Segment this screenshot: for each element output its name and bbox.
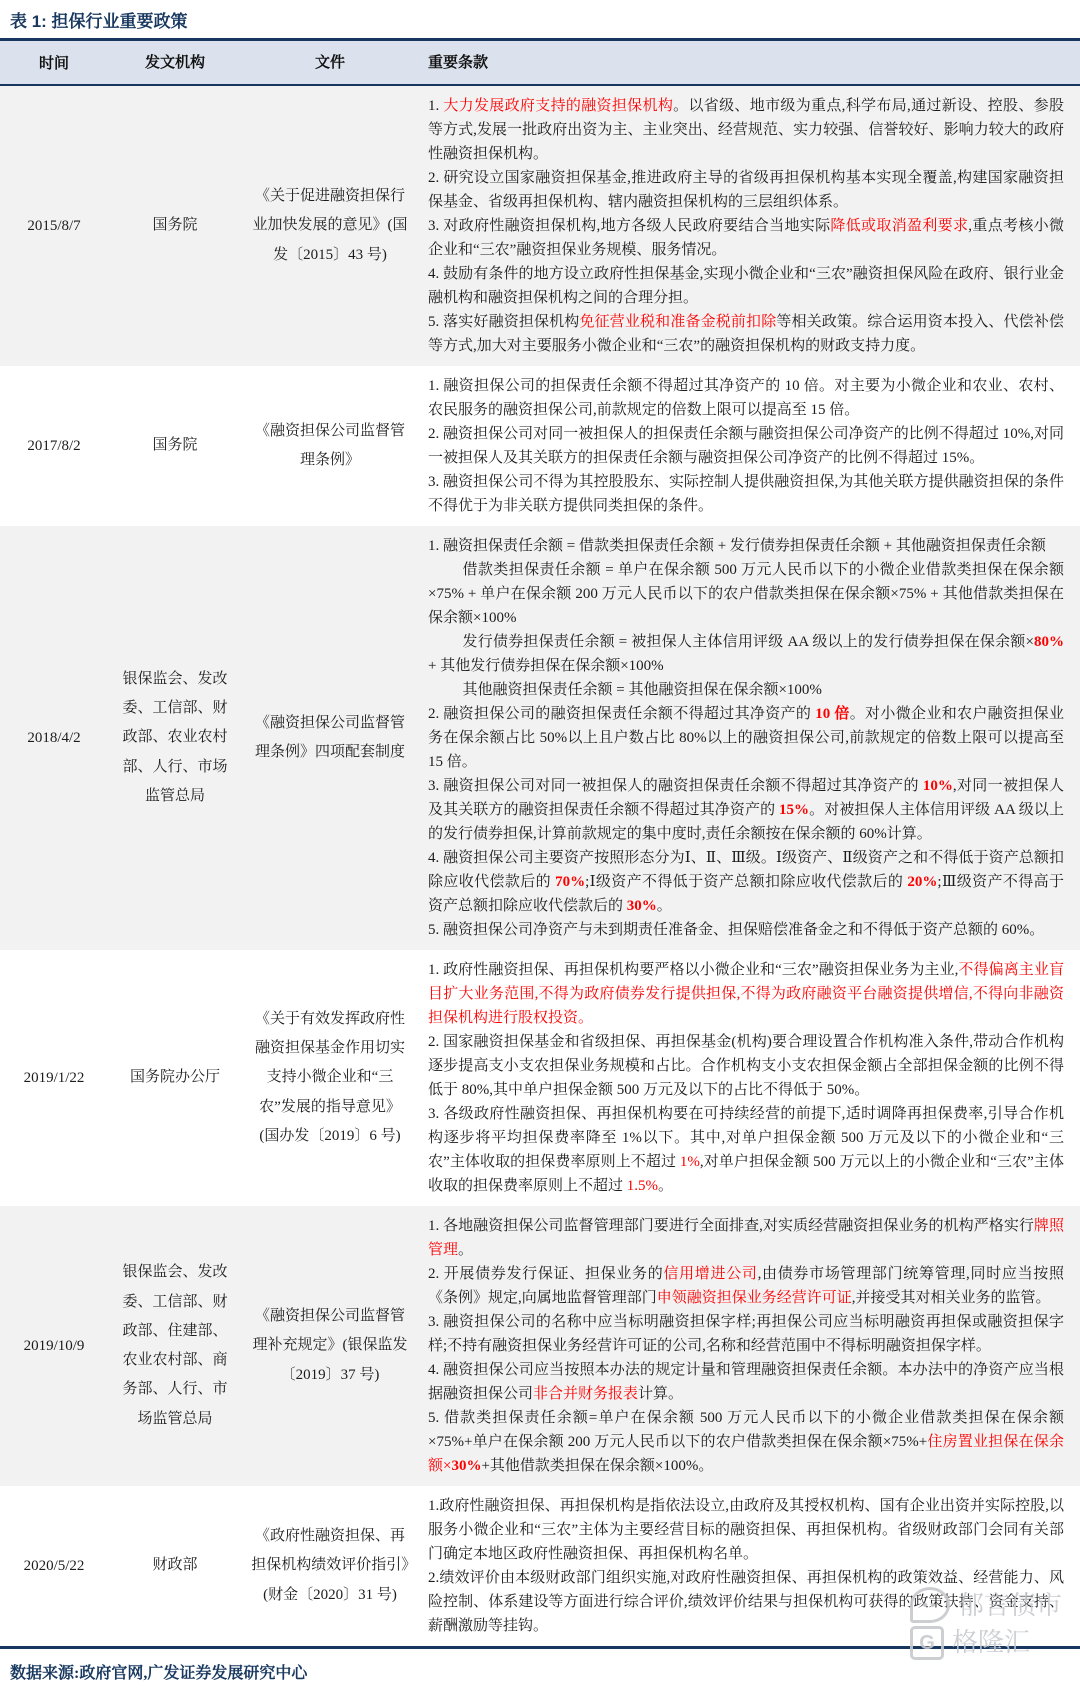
provision-highlight-text: 10%: [923, 778, 953, 794]
header-row: 时间 发文机构 文件 重要条款: [0, 40, 1080, 86]
provision-highlight-text: 信用增进公司: [663, 1266, 757, 1282]
provision-text: 1. 融资担保公司的担保责任余额不得超过其净资产的 10 倍。对主要为小微企业和…: [428, 378, 1064, 418]
provision-text: 5. 落实好融资担保机构: [428, 314, 579, 330]
cell-date: 2018/4/2: [0, 526, 108, 950]
provision-highlight-text: 20%: [907, 874, 937, 890]
provision-text: 3. 融资担保公司不得为其控股股东、实际控制人提供融资担保,为其他关联方提供融资…: [428, 474, 1064, 514]
provision-text: + 其他发行债券担保在保余额×100%: [428, 658, 664, 674]
provision-paragraph: 3. 融资担保公司的名称中应当标明融资担保字样;再担保公司应当标明融资再担保或融…: [428, 1310, 1064, 1358]
provision-paragraph: 1. 融资担保责任余额 = 借款类担保责任余额 + 发行债券担保责任余额 + 其…: [428, 534, 1064, 558]
provision-text: 3. 融资担保公司对同一被担保人的融资担保责任余额不得超过其净资产的: [428, 778, 923, 794]
provision-highlight-text: 10 倍: [815, 706, 849, 722]
column-header-time: 时间: [0, 40, 108, 86]
provision-text: 4. 鼓励有条件的地方设立政府性担保基金,实现小微企业和“三农”融资担保风险在政…: [428, 266, 1064, 306]
cell-document: 《关于促进融资担保行业加快发展的意见》(国发〔2015〕43 号): [242, 85, 418, 366]
cell-provisions: 1. 大力发展政府支持的融资担保机构。以省级、地市级为重点,科学布局,通过新设、…: [418, 85, 1080, 366]
cell-agency: 国务院: [108, 85, 242, 366]
provision-text: 5. 融资担保公司净资产与未到期责任准备金、担保赔偿准备金之和不得低于资产总额的…: [428, 922, 1044, 938]
provision-text: 4. 融资担保公司应当按照本办法的规定计量和管理融资担保责任余额。本办法中的净资…: [428, 1362, 1064, 1402]
provision-paragraph: 借款类担保责任余额 = 单户在保余额 500 万元人民币以下的小微企业借款类担保…: [428, 558, 1064, 630]
provision-paragraph: 2. 研究设立国家融资担保基金,推进政府主导的省级再担保机构基本实现全覆盖,构建…: [428, 166, 1064, 214]
cell-document: 《融资担保公司监督管理补充规定》(银保监发〔2019〕37 号): [242, 1206, 418, 1486]
provision-paragraph: 1.政府性融资担保、再担保机构是指依法设立,由政府及其授权机构、国有企业出资并实…: [428, 1494, 1064, 1566]
provision-paragraph: 4. 融资担保公司应当按照本办法的规定计量和管理融资担保责任余额。本办法中的净资…: [428, 1358, 1064, 1406]
provision-paragraph: 5. 融资担保公司净资产与未到期责任准备金、担保赔偿准备金之和不得低于资产总额的…: [428, 918, 1064, 942]
provision-highlight-text: 70%: [555, 874, 585, 890]
provision-text: 2. 融资担保公司的融资担保责任余额不得超过其净资产的: [428, 706, 815, 722]
provision-paragraph: 3. 对政府性融资担保机构,地方各级人民政府要结合当地实际降低或取消盈利要求,重…: [428, 214, 1064, 262]
provision-highlight-text: 申领融资担保业务经营许可证: [657, 1290, 852, 1306]
provision-paragraph: 4. 鼓励有条件的地方设立政府性担保基金,实现小微企业和“三农”融资担保风险在政…: [428, 262, 1064, 310]
provision-paragraph: 3. 各级政府性融资担保、再担保机构要在可持续经营的前提下,适时调降再担保费率,…: [428, 1102, 1064, 1198]
cell-provisions: 1. 融资担保公司的担保责任余额不得超过其净资产的 10 倍。对主要为小微企业和…: [418, 366, 1080, 526]
table-body: 2015/8/7国务院《关于促进融资担保行业加快发展的意见》(国发〔2015〕4…: [0, 85, 1080, 1648]
provision-paragraph: 发行债券担保责任余额 = 被担保人主体信用评级 AA 级以上的发行债券担保在保余…: [428, 630, 1064, 678]
cell-agency: 银保监会、发改委、工信部、财政部、农业农村部、人行、市场监管总局: [108, 526, 242, 950]
cell-date: 2020/5/22: [0, 1486, 108, 1648]
table-header: 时间 发文机构 文件 重要条款: [0, 40, 1080, 86]
column-header-agency: 发文机构: [108, 40, 242, 86]
provision-text: 其他融资担保责任余额 = 其他融资担保在保余额×100%: [463, 682, 822, 698]
provision-text: 发行债券担保责任余额 = 被担保人主体信用评级 AA 级以上的发行债券担保在保余…: [463, 634, 1035, 650]
cell-date: 2019/1/22: [0, 950, 108, 1206]
provision-text: 2. 开展债券发行保证、担保业务的: [428, 1266, 663, 1282]
policy-table: 时间 发文机构 文件 重要条款 2015/8/7国务院《关于促进融资担保行业加快…: [0, 38, 1080, 1649]
provision-paragraph: 4. 融资担保公司主要资产按照形态分为Ⅰ、Ⅱ、Ⅲ级。Ⅰ级资产、Ⅱ级资产之和不得低…: [428, 846, 1064, 918]
cell-document: 《融资担保公司监督管理条例》: [242, 366, 418, 526]
cell-provisions: 1. 各地融资担保公司监督管理部门要进行全面排查,对实质经营融资担保业务的机构严…: [418, 1206, 1080, 1486]
column-header-document: 文件: [242, 40, 418, 86]
provision-paragraph: 1. 大力发展政府支持的融资担保机构。以省级、地市级为重点,科学布局,通过新设、…: [428, 94, 1064, 166]
table-title: 表 1: 担保行业重要政策: [0, 0, 1080, 38]
cell-agency: 银保监会、发改委、工信部、财政部、住建部、农业农村部、商务部、人行、市场监管总局: [108, 1206, 242, 1486]
provision-highlight-text: 30%: [451, 1458, 481, 1474]
provision-highlight-text: 80%: [1034, 634, 1064, 650]
provision-text: 3. 融资担保公司的名称中应当标明融资担保字样;再担保公司应当标明融资再担保或融…: [428, 1314, 1064, 1354]
provision-text: ,并接受其对相关业务的监管。: [852, 1290, 1051, 1306]
provision-text: 1.: [428, 98, 443, 114]
cell-document: 《政府性融资担保、再担保机构绩效评价指引》(财金〔2020〕31 号): [242, 1486, 418, 1648]
chat-bubble-icon: ••: [910, 1587, 950, 1623]
provision-text: 1. 各地融资担保公司监督管理部门要进行全面排查,对实质经营融资担保业务的机构严…: [428, 1218, 1034, 1234]
watermark-text-1: 郁言债市: [958, 1587, 1062, 1625]
provision-text: 。: [458, 1242, 473, 1258]
provision-text: ;Ⅰ级资产不得低于资产总额扣除应收代偿款后的: [585, 874, 907, 890]
watermark-line-2: G 格隆汇: [910, 1624, 1062, 1662]
column-header-provisions: 重要条款: [418, 40, 1080, 86]
cell-provisions: 1. 融资担保责任余额 = 借款类担保责任余额 + 发行债券担保责任余额 + 其…: [418, 526, 1080, 950]
provision-highlight-text: 15%: [779, 802, 809, 818]
policy-row: 2019/1/22国务院办公厅《关于有效发挥政府性融资担保基金作用切实支持小微企…: [0, 950, 1080, 1206]
policy-row: 2017/8/2国务院《融资担保公司监督管理条例》1. 融资担保公司的担保责任余…: [0, 366, 1080, 526]
provision-text: 1. 融资担保责任余额 = 借款类担保责任余额 + 发行债券担保责任余额 + 其…: [428, 538, 1046, 554]
provision-highlight-text: 30%: [627, 898, 657, 914]
provision-highlight-text: 1.5%: [627, 1178, 658, 1194]
provision-paragraph: 5. 落实好融资担保机构免征营业税和准备金税前扣除等相关政策。综合运用资本投入、…: [428, 310, 1064, 358]
provision-paragraph: 3. 融资担保公司对同一被担保人的融资担保责任余额不得超过其净资产的 10%,对…: [428, 774, 1064, 846]
policy-row: 2018/4/2银保监会、发改委、工信部、财政部、农业农村部、人行、市场监管总局…: [0, 526, 1080, 950]
provision-paragraph: 1. 融资担保公司的担保责任余额不得超过其净资产的 10 倍。对主要为小微企业和…: [428, 374, 1064, 422]
cell-document: 《融资担保公司监督管理条例》四项配套制度: [242, 526, 418, 950]
cell-agency: 国务院办公厅: [108, 950, 242, 1206]
provision-text: +其他借款类担保在保余额×100%。: [481, 1458, 713, 1474]
watermark: •• 郁言债市 G 格隆汇: [910, 1587, 1062, 1662]
cell-date: 2017/8/2: [0, 366, 108, 526]
provision-paragraph: 3. 融资担保公司不得为其控股股东、实际控制人提供融资担保,为其他关联方提供融资…: [428, 470, 1064, 518]
provision-highlight-text: 非合并财务报表: [533, 1386, 638, 1402]
provision-paragraph: 5. 借款类担保责任余额=单户在保余额 500 万元人民币以下的小微企业借款类担…: [428, 1406, 1064, 1478]
provision-paragraph: 其他融资担保责任余额 = 其他融资担保在保余额×100%: [428, 678, 1064, 702]
cell-provisions: 1. 政府性融资担保、再担保机构要严格以小微企业和“三农”融资担保业务为主业,不…: [418, 950, 1080, 1206]
provision-paragraph: 1. 各地融资担保公司监督管理部门要进行全面排查,对实质经营融资担保业务的机构严…: [428, 1214, 1064, 1262]
policy-row: 2015/8/7国务院《关于促进融资担保行业加快发展的意见》(国发〔2015〕4…: [0, 85, 1080, 366]
provision-text: 。: [658, 1178, 673, 1194]
gelonghui-logo-icon: G: [910, 1626, 944, 1660]
provision-highlight-text: 免征营业税和准备金税前扣除: [579, 314, 776, 330]
provision-paragraph: 2. 国家融资担保基金和省级担保、再担保基金(机构)要合理设置合作机构准入条件,…: [428, 1030, 1064, 1102]
provision-highlight-text: 降低或取消盈利要求: [830, 218, 968, 234]
policy-row: 2019/10/9银保监会、发改委、工信部、财政部、住建部、农业农村部、商务部、…: [0, 1206, 1080, 1486]
provision-paragraph: 2. 融资担保公司对同一被担保人的担保责任余额与融资担保公司净资产的比例不得超过…: [428, 422, 1064, 470]
watermark-line-1: •• 郁言债市: [910, 1587, 1062, 1625]
provision-text: 。: [657, 898, 672, 914]
provision-text: 借款类担保责任余额 = 单户在保余额 500 万元人民币以下的小微企业借款类担保…: [428, 562, 1064, 626]
cell-agency: 财政部: [108, 1486, 242, 1648]
cell-document: 《关于有效发挥政府性融资担保基金作用切实支持小微企业和“三农”发展的指导意见》(…: [242, 950, 418, 1206]
provision-highlight-text: 大力发展政府支持的融资担保机构: [443, 98, 673, 114]
provision-text: 1. 政府性融资担保、再担保机构要严格以小微企业和“三农”融资担保业务为主业,: [428, 962, 958, 978]
provision-paragraph: 2. 开展债券发行保证、担保业务的信用增进公司,由债券市场管理部门统筹管理,同时…: [428, 1262, 1064, 1310]
provision-text: 2. 国家融资担保基金和省级担保、再担保基金(机构)要合理设置合作机构准入条件,…: [428, 1034, 1064, 1098]
provision-text: 2. 研究设立国家融资担保基金,推进政府主导的省级再担保机构基本实现全覆盖,构建…: [428, 170, 1064, 210]
provision-text: 3. 对政府性融资担保机构,地方各级人民政府要结合当地实际: [428, 218, 830, 234]
provision-text: 2. 融资担保公司对同一被担保人的担保责任余额与融资担保公司净资产的比例不得超过…: [428, 426, 1064, 466]
provision-paragraph: 1. 政府性融资担保、再担保机构要严格以小微企业和“三农”融资担保业务为主业,不…: [428, 958, 1064, 1030]
cell-date: 2019/10/9: [0, 1206, 108, 1486]
provision-text: 计算。: [638, 1386, 683, 1402]
report-table-page: 表 1: 担保行业重要政策 时间 发文机构 文件 重要条款 2015/8/7国务…: [0, 0, 1080, 1698]
cell-date: 2015/8/7: [0, 85, 108, 366]
provision-text: 1.政府性融资担保、再担保机构是指依法设立,由政府及其授权机构、国有企业出资并实…: [428, 1498, 1064, 1562]
watermark-text-2: 格隆汇: [952, 1624, 1030, 1662]
cell-agency: 国务院: [108, 366, 242, 526]
provision-paragraph: 2. 融资担保公司的融资担保责任余额不得超过其净资产的 10 倍。对小微企业和农…: [428, 702, 1064, 774]
provision-highlight-text: 1%: [680, 1154, 700, 1170]
